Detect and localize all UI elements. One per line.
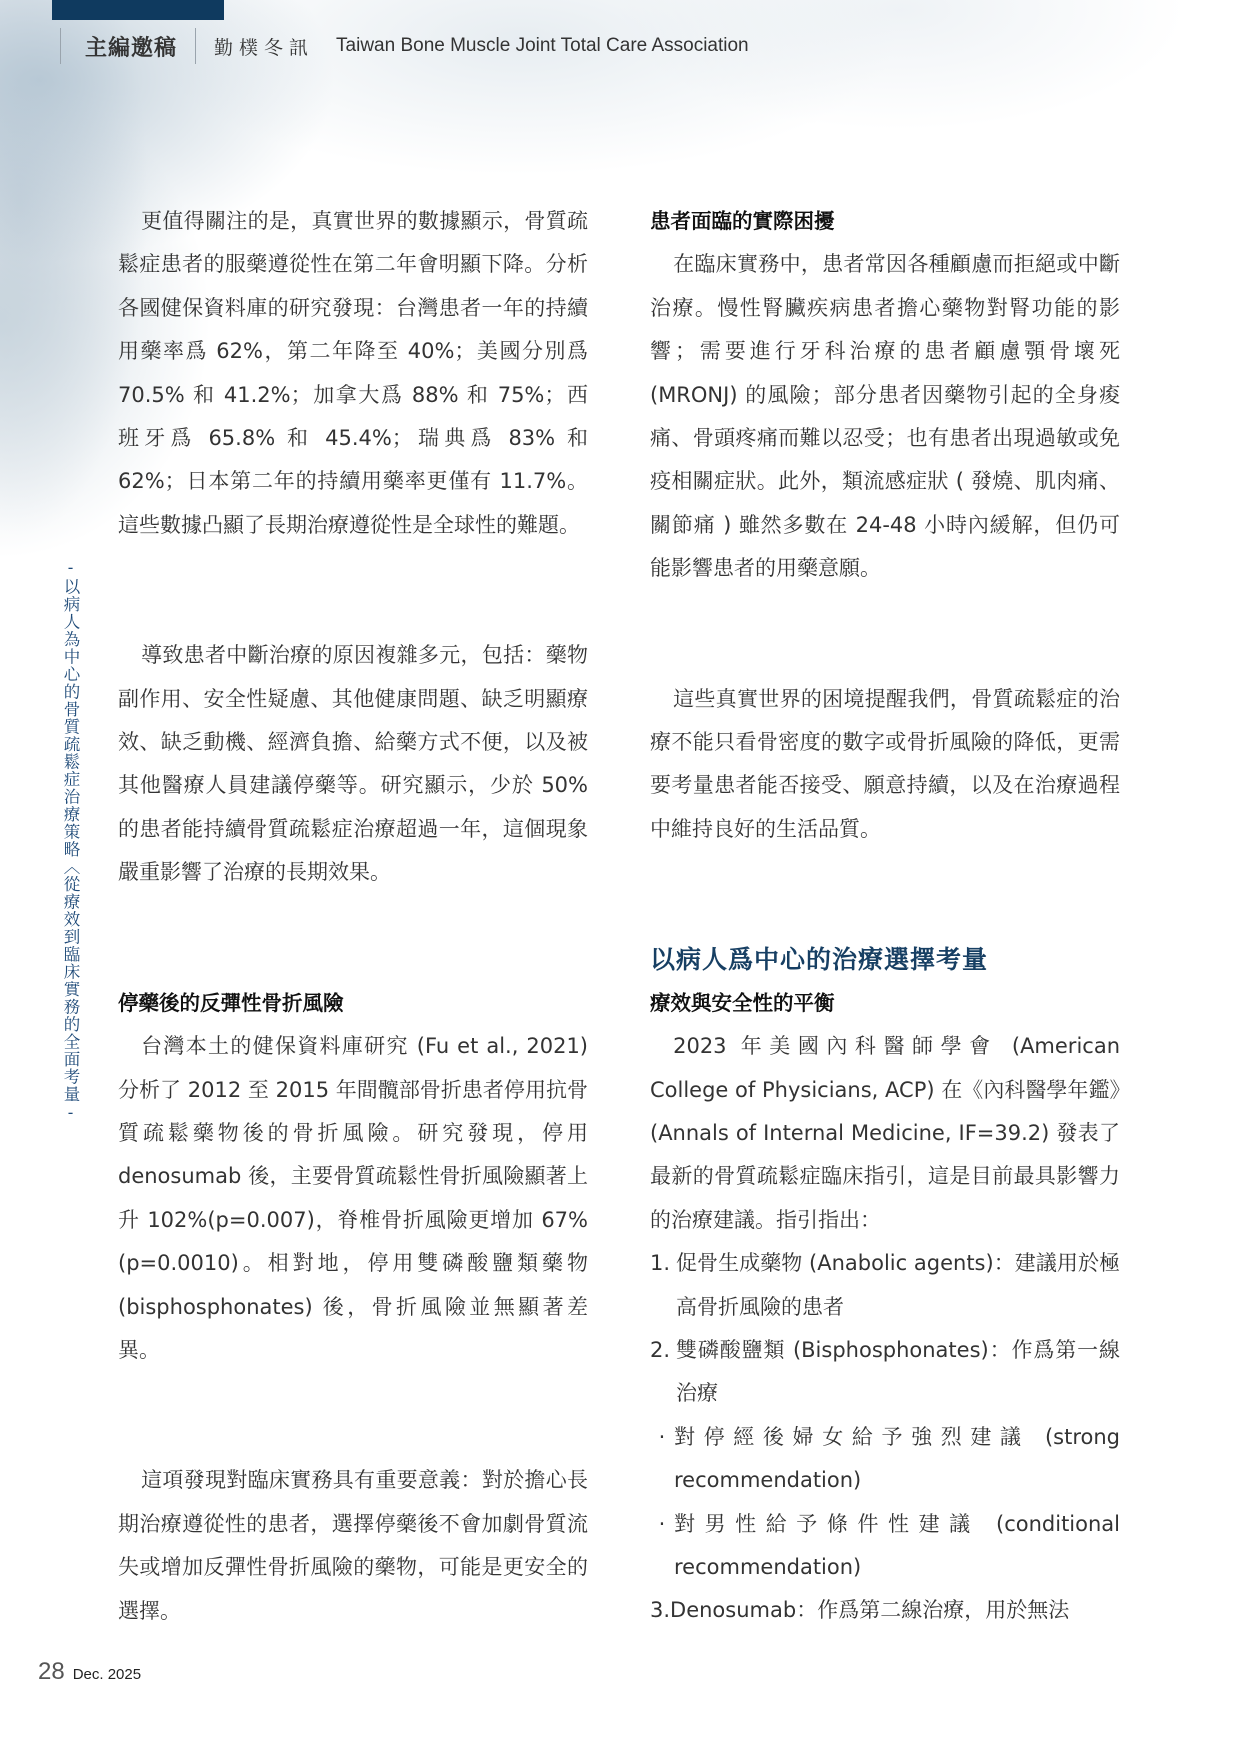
header-divider (60, 28, 61, 64)
magazine-name: 勤樸冬訊 (214, 33, 314, 60)
paragraph: 這項發現對臨床實務具有重要意義：對於擔心長期治療遵從性的患者，選擇停藥後不會加劇… (118, 1459, 588, 1633)
paragraph: 這些真實世界的困境提醒我們，骨質疏鬆症的治療不能只看骨密度的數字或骨折風險的降低… (650, 678, 1120, 852)
bullet-item: · 對停經後婦女給予強烈建議 (strong recommendation) (650, 1416, 1120, 1503)
association-name: Taiwan Bone Muscle Joint Total Care Asso… (336, 35, 749, 57)
list-item: 1. 促骨生成藥物 (Anabolic agents)：建議用於極高骨折風險的患… (650, 1242, 1120, 1329)
list-item: 2. 雙磷酸鹽類 (Bisphosphonates)：作爲第一線治療 (650, 1329, 1120, 1416)
bullet-dot-icon: · (650, 1416, 674, 1503)
section-heading: 以病人爲中心的治療選擇考量 (650, 938, 1120, 981)
bullet-item: · 對男性給予條件性建議 (conditional recommendation… (650, 1503, 1120, 1590)
paragraph: 更值得關注的是，真實世界的數據顯示，骨質疏鬆症患者的服藥遵從性在第二年會明顯下降… (118, 200, 588, 547)
section-title: 主編邀稿 (85, 31, 177, 62)
bullet-dot-icon: · (650, 1503, 674, 1590)
header-divider (195, 28, 196, 64)
subheading-rebound-risk: 停藥後的反彈性骨折風險 (118, 982, 588, 1025)
page-header: 主編邀稿 勤樸冬訊 Taiwan Bone Muscle Joint Total… (60, 28, 749, 64)
subheading-efficacy-safety: 療效與安全性的平衡 (650, 982, 1120, 1025)
left-column: 更值得關注的是，真實世界的數據顯示，骨質疏鬆症患者的服藥遵從性在第二年會明顯下降… (118, 200, 588, 1633)
right-column: 患者面臨的實際困擾 在臨床實務中，患者常因各種顧慮而拒絕或中斷治療。慢性腎臟疾病… (650, 200, 1120, 1633)
paragraph: 在臨床實務中，患者常因各種顧慮而拒絕或中斷治療。慢性腎臟疾病患者擔心藥物對腎功能… (650, 243, 1120, 590)
paragraph: 導致患者中斷治療的原因複雜多元，包括：藥物副作用、安全性疑慮、其他健康問題、缺乏… (118, 634, 588, 894)
page-footer: 28 Dec. 2025 (38, 1658, 141, 1686)
paragraph: 台灣本土的健保資料庫研究 (Fu et al., 2021) 分析了 2012 … (118, 1025, 588, 1372)
page-number: 28 (38, 1658, 65, 1686)
subheading-patient-difficulties: 患者面臨的實際困擾 (650, 200, 1120, 243)
brand-color-bar (52, 0, 224, 20)
list-item: 3.Denosumab：作爲第二線治療，用於無法 (650, 1589, 1120, 1632)
paragraph: 2023 年美國內科醫師學會 (American College of Phys… (650, 1025, 1120, 1242)
article-side-title: -以病人為中心的骨質疏鬆症治療策略︿從療效到臨床實務的全面考量- (58, 558, 82, 1123)
issue-date: Dec. 2025 (73, 1666, 141, 1683)
